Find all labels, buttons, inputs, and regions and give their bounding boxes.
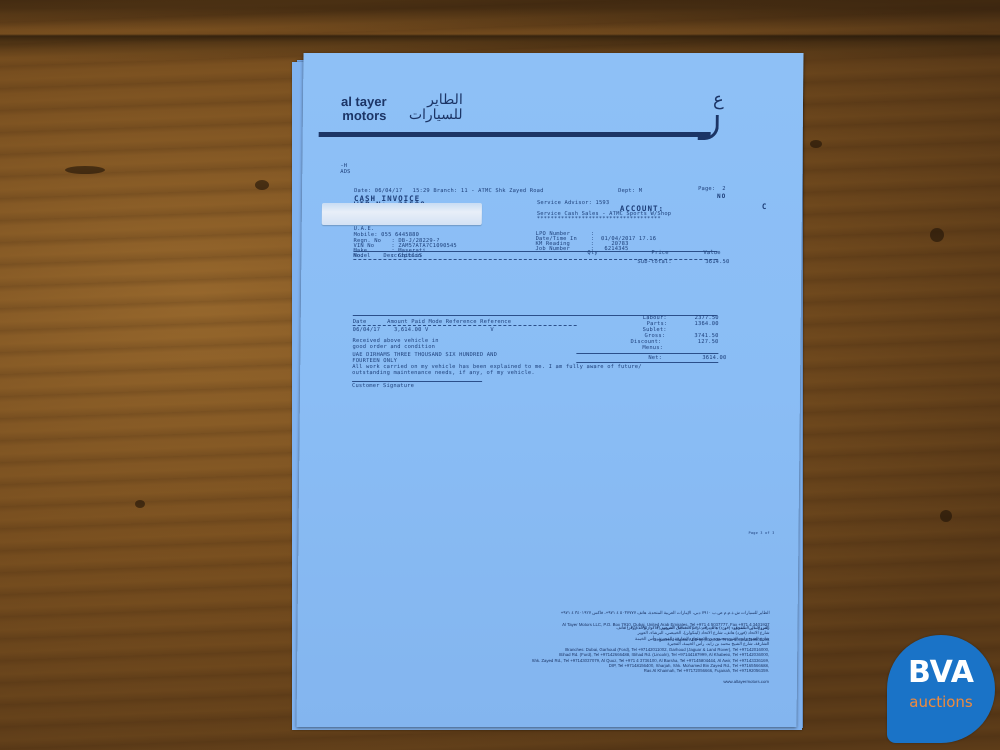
bva-sub: auctions bbox=[887, 693, 995, 711]
wood-mark bbox=[940, 510, 952, 522]
sub-total-value: 3614.50 bbox=[705, 259, 729, 265]
no-label: NO bbox=[717, 193, 726, 200]
net-rule bbox=[576, 353, 718, 354]
bva-brand: BVA bbox=[887, 655, 995, 690]
page-label: Page: 2 bbox=[698, 186, 726, 192]
wood-mark bbox=[65, 166, 105, 174]
logo-curve bbox=[698, 115, 719, 140]
footer-english-branches: Branches: Dubai, Garhoud (Ford), Tel +97… bbox=[531, 647, 769, 673]
company-emblem-icon: ﻉ bbox=[713, 89, 724, 110]
service-advisor: Service Advisor: 1593 bbox=[537, 200, 609, 206]
dept-label: Dept: M bbox=[618, 188, 642, 194]
wood-mark bbox=[135, 500, 145, 508]
totals-block: Labour:2377.50 Parts:1364.00 Sublet: Gro… bbox=[622, 315, 718, 351]
wood-mark bbox=[930, 228, 944, 242]
column-qty: Qty bbox=[587, 250, 597, 256]
payment-header-rule bbox=[353, 325, 577, 326]
sub-total-label: Sub-total: bbox=[637, 259, 672, 265]
signature-label: Customer Signature bbox=[352, 383, 414, 389]
signature-line bbox=[352, 381, 482, 382]
bva-watermark-badge: BVA auctions bbox=[887, 635, 995, 743]
logo-underline bbox=[319, 132, 711, 137]
net-value: 3614.00 bbox=[702, 355, 726, 361]
received-statement: Received above vehicle in good order and… bbox=[352, 338, 438, 350]
net-label: Net: bbox=[648, 355, 662, 361]
amount-in-words: UAE DIRHAMS THREE THOUSAND SIX HUNDRED A… bbox=[352, 352, 497, 364]
account-suffix: C bbox=[762, 203, 768, 210]
footer-arabic-branches: الفروع: دبي - القرهود (فورد) هاتف ٠٤٢٠١١… bbox=[616, 625, 769, 646]
payment-row: 06/04/17 3,614.00 V V bbox=[353, 327, 494, 333]
footer-website: www.altayermotors.com bbox=[723, 679, 769, 684]
company-logo-arabic: الطاير للسيارات bbox=[409, 93, 463, 123]
net-bottom-rule bbox=[576, 362, 718, 363]
totals-line: Menus: bbox=[622, 345, 718, 351]
top-code: ADS bbox=[340, 169, 350, 175]
wood-mark bbox=[810, 140, 822, 148]
page-of: Page 3 of 3 bbox=[748, 530, 774, 536]
company-logo-english: al tayer motors bbox=[341, 95, 387, 123]
disclaimer: All work carried on my vehicle has been … bbox=[352, 364, 642, 376]
invoice-document: al tayer motors الطاير للسيارات ﻉ -H ADS… bbox=[296, 53, 803, 727]
column-value: Value bbox=[703, 250, 720, 256]
stars-line: ************************************ bbox=[537, 216, 661, 222]
column-price: Price bbox=[651, 250, 668, 256]
wood-mark bbox=[255, 180, 269, 190]
redaction-sticker bbox=[322, 203, 482, 225]
